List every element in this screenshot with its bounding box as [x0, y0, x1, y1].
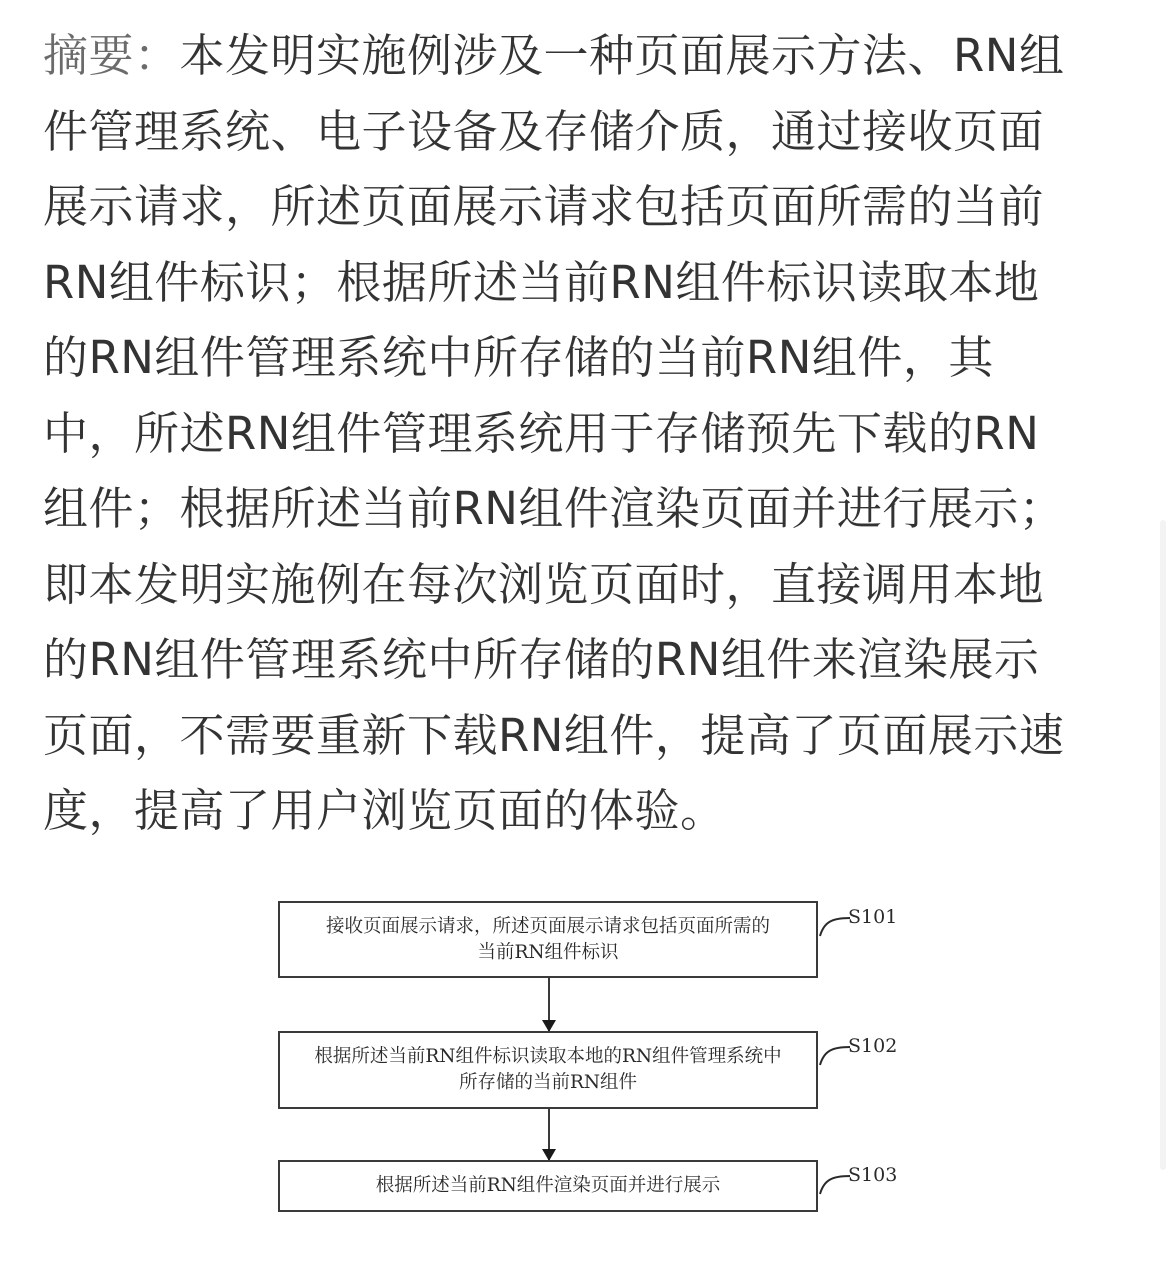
step-label-s103: S103	[848, 1164, 897, 1186]
abstract-line-2: 件管理系统、电子设备及存储介质，通过接收页面	[43, 94, 1128, 170]
abstract-line-5: 的RN组件管理系统中所存储的当前RN组件，其	[43, 320, 1128, 396]
flow-step-s103-box: 根据所述当前RN组件渲染页面并进行展示	[278, 1160, 818, 1212]
leader-line-s102-icon	[818, 1043, 852, 1067]
abstract-line-4: RN组件标识；根据所述当前RN组件标识读取本地	[43, 245, 1128, 321]
abstract-line-10: 页面，不需要重新下载RN组件，提高了页面展示速	[43, 698, 1128, 774]
flow-step-s102-line-1: 根据所述当前RN组件标识读取本地的RN组件管理系统中	[314, 1044, 781, 1070]
abstract-line-7: 组件；根据所述当前RN组件渲染页面并进行展示；	[43, 471, 1128, 547]
flow-step-s101-box: 接收页面展示请求，所述页面展示请求包括页面所需的 当前RN组件标识	[278, 901, 818, 978]
flow-step-s103-line-1: 根据所述当前RN组件渲染页面并进行展示	[376, 1173, 721, 1199]
abstract-line-3: 展示请求，所述页面展示请求包括页面所需的当前	[43, 169, 1128, 245]
flow-arrow-1	[548, 978, 550, 1031]
abstract-label: 摘要：	[43, 29, 180, 82]
abstract-line-11: 度，提高了用户浏览页面的体验。	[43, 773, 1128, 849]
flow-step-s102-box: 根据所述当前RN组件标识读取本地的RN组件管理系统中 所存储的当前RN组件	[278, 1031, 818, 1109]
step-label-s102: S102	[848, 1035, 897, 1057]
abstract-line-1: 摘要：本发明实施例涉及一种页面展示方法、RN组	[43, 18, 1128, 94]
flow-step-s101-line-1: 接收页面展示请求，所述页面展示请求包括页面所需的	[326, 914, 770, 940]
abstract-line-9: 的RN组件管理系统中所存储的RN组件来渲染展示	[43, 622, 1128, 698]
scrollbar-track[interactable]	[1160, 520, 1166, 1170]
flow-arrow-2	[548, 1109, 550, 1160]
abstract-line-6: 中，所述RN组件管理系统用于存储预先下载的RN	[43, 396, 1128, 472]
flow-step-s102-line-2: 所存储的当前RN组件	[459, 1070, 637, 1096]
flow-step-s101-line-2: 当前RN组件标识	[477, 940, 618, 966]
step-label-s101: S101	[848, 906, 897, 928]
leader-line-s101-icon	[818, 914, 852, 938]
abstract-line-8: 即本发明实施例在每次浏览页面时，直接调用本地	[43, 547, 1128, 623]
leader-line-s103-icon	[818, 1172, 852, 1196]
abstract-section: 摘要：本发明实施例涉及一种页面展示方法、RN组 件管理系统、电子设备及存储介质，…	[43, 18, 1128, 849]
